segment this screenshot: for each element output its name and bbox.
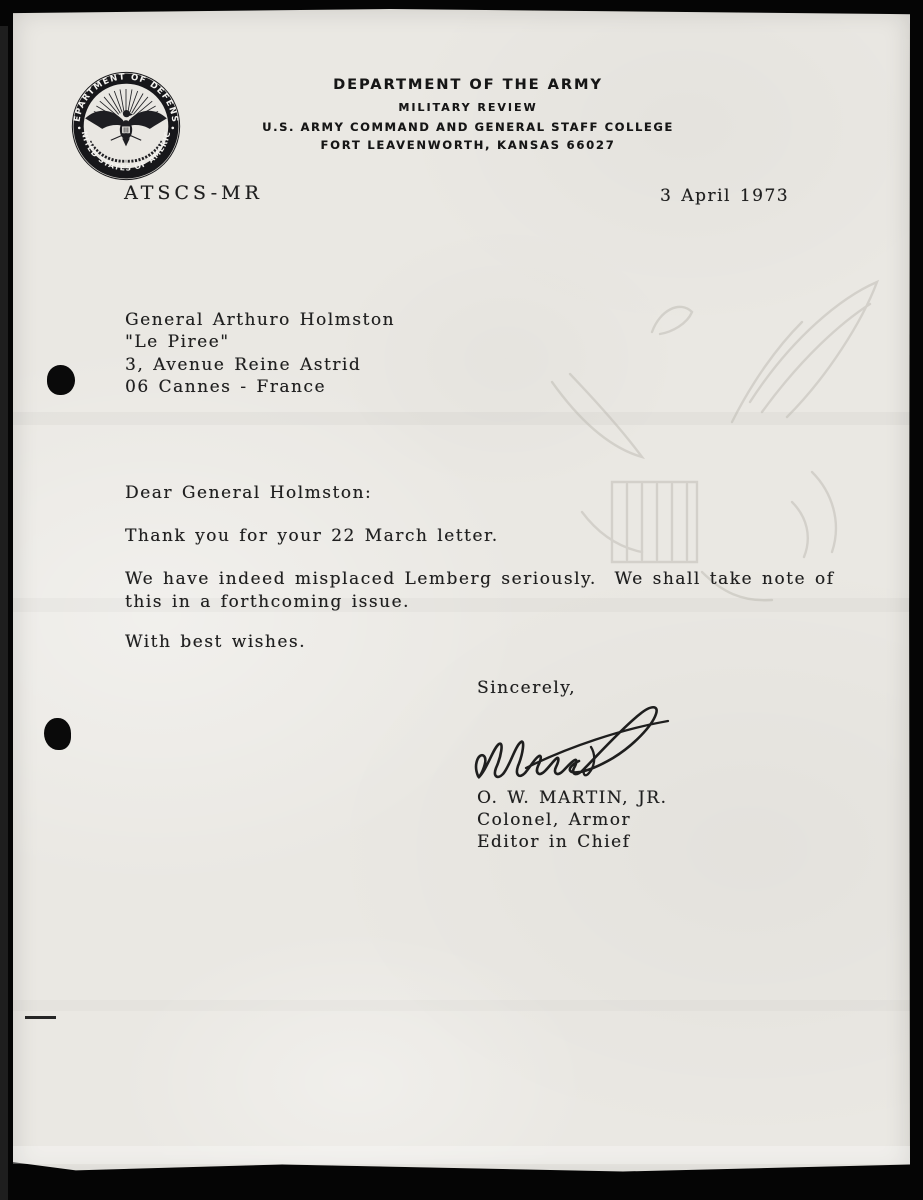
letterhead-publication-line: MILITARY REVIEW (238, 101, 698, 114)
salutation: Dear General Holmston: (125, 483, 372, 503)
signer-title: Editor in Chief (477, 832, 630, 852)
hole-punch-bottom (44, 718, 71, 750)
recipient-address: General Arthuro Holmston "Le Piree" 3, A… (125, 309, 395, 398)
department-of-defense-seal-icon: DEPARTMENT OF DEFENSE UNITED STATES OF A… (69, 69, 183, 183)
margin-dash (25, 1016, 56, 1019)
ghost-eagle-watermark (492, 252, 892, 672)
scanner-edge-strip (0, 26, 8, 1200)
handwritten-signature-icon (470, 702, 695, 797)
eagle-shield (122, 124, 131, 134)
letterhead-department-line: DEPARTMENT OF THE ARMY (238, 77, 698, 93)
address-line-2: "Le Piree" (125, 331, 395, 353)
date-line: 3 April 1973 (660, 186, 789, 206)
signer-name: O. W. MARTIN, JR. (477, 788, 667, 808)
address-line-4: 06 Cannes - France (125, 376, 395, 398)
scanned-letter: DEPARTMENT OF DEFENSE UNITED STATES OF A… (0, 0, 923, 1200)
letterhead-location-line: FORT LEAVENWORTH, KANSAS 66027 (238, 138, 698, 152)
address-line-1: General Arthuro Holmston (125, 309, 395, 331)
body-paragraph-2-line-1: We have indeed misplaced Lemberg serious… (125, 569, 834, 589)
body-paragraph-1: Thank you for your 22 March letter. (125, 526, 499, 546)
valediction: Sincerely, (477, 678, 576, 698)
signer-rank: Colonel, Armor (477, 810, 631, 830)
office-symbol: ATSCS-MR (124, 182, 263, 204)
letterhead-college-line: U.S. ARMY COMMAND AND GENERAL STAFF COLL… (238, 120, 698, 134)
body-paragraph-3: With best wishes. (125, 632, 306, 652)
address-line-3: 3, Avenue Reine Astrid (125, 354, 395, 376)
hole-punch-top (47, 365, 75, 395)
body-paragraph-2-line-2: this in a forthcoming issue. (125, 592, 410, 612)
